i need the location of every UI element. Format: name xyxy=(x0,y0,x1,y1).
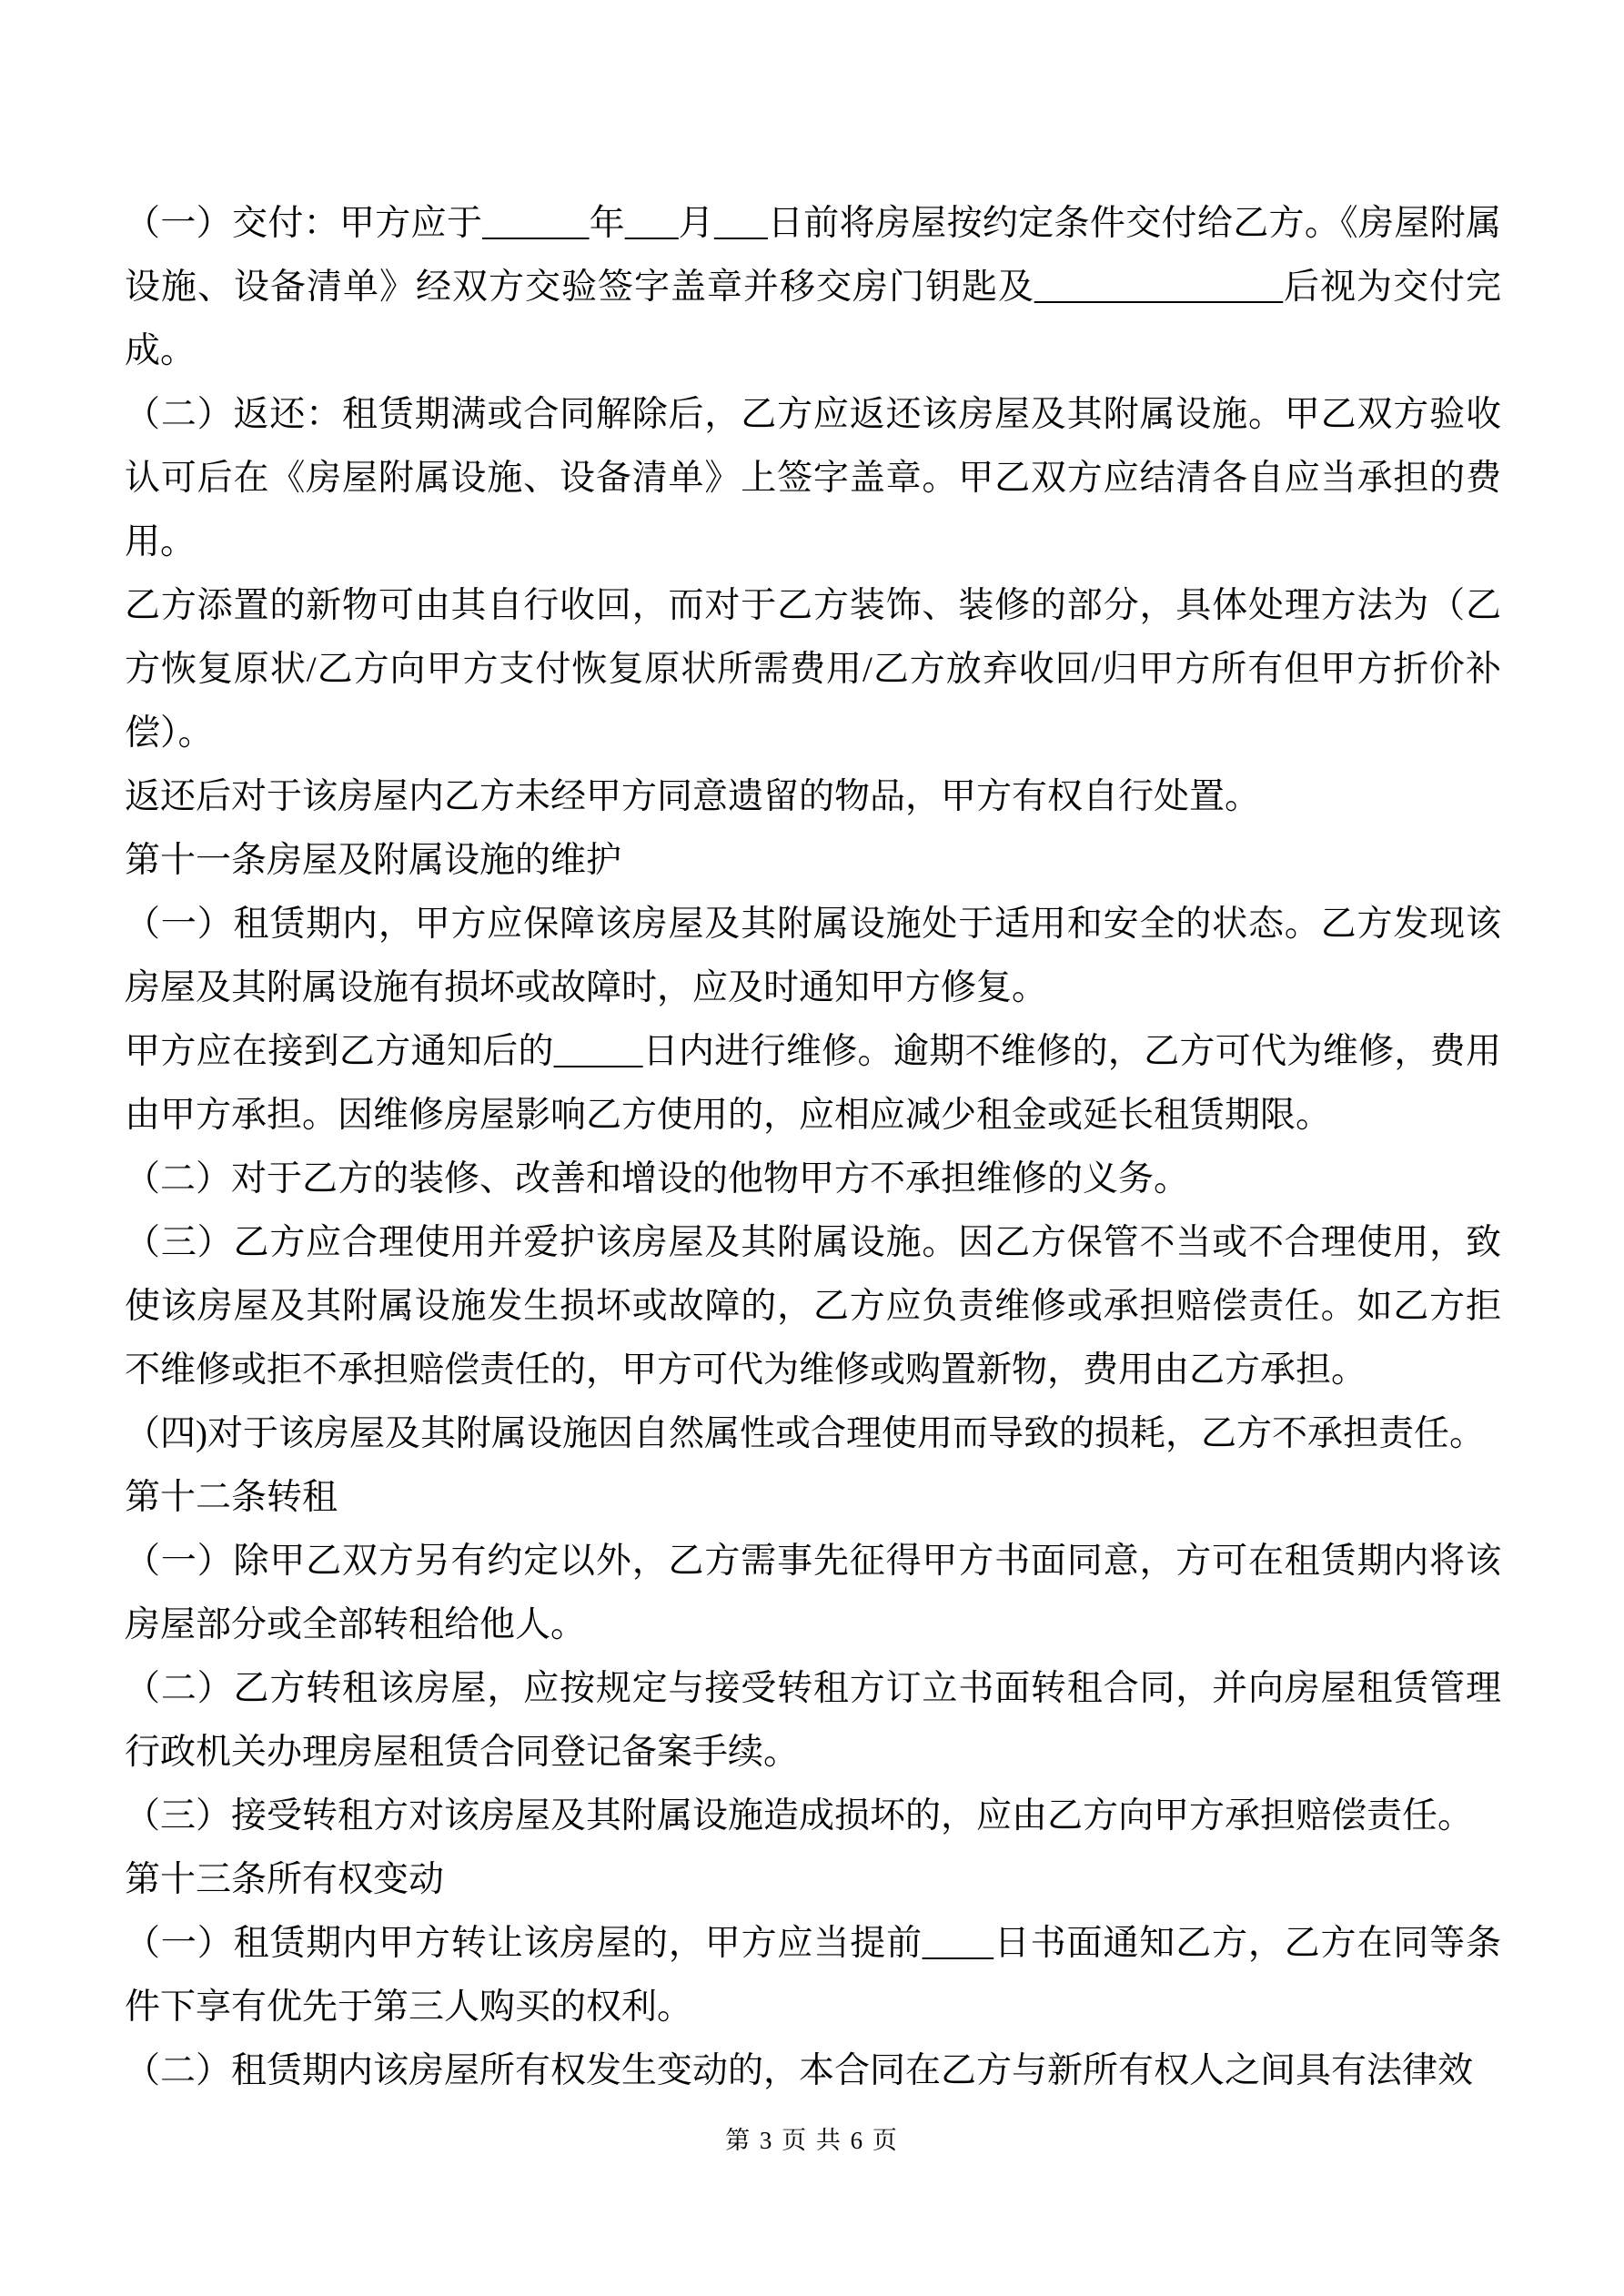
paragraph: 第十二条转租 xyxy=(125,1466,1501,1530)
paragraph: （四)对于该房屋及其附属设施因自然属性或合理使用而导致的损耗，乙方不承担责任。 xyxy=(125,1402,1501,1466)
paragraph: （二）乙方转租该房屋，应按规定与接受转租方订立书面转租合同，并向房屋租赁管理行政… xyxy=(125,1657,1501,1785)
paragraph: （三）接受转租方对该房屋及其附属设施造成损坏的，应由乙方向甲方承担赔偿责任。 xyxy=(125,1785,1501,1848)
page-number-footer: 第 3 页 共 6 页 xyxy=(0,2124,1624,2157)
paragraph: （二）租赁期内该房屋所有权发生变动的，本合同在乙方与新所有权人之间具有法律效 xyxy=(125,2039,1501,2103)
document-body: （一）交付：甲方应于______年___月___日前将房屋按约定条件交付给乙方。… xyxy=(125,192,1501,2103)
paragraph: （二）返还：租赁期满或合同解除后，乙方应返还该房屋及其附属设施。甲乙双方验收认可… xyxy=(125,383,1501,574)
paragraph: （三）乙方应合理使用并爱护该房屋及其附属设施。因乙方保管不当或不合理使用，致使该… xyxy=(125,1211,1501,1402)
paragraph: 第十三条所有权变动 xyxy=(125,1848,1501,1912)
paragraph: （二）对于乙方的装修、改善和增设的他物甲方不承担维修的义务。 xyxy=(125,1148,1501,1211)
paragraph: 第十一条房屋及附属设施的维护 xyxy=(125,829,1501,893)
paragraph: （一）交付：甲方应于______年___月___日前将房屋按约定条件交付给乙方。… xyxy=(125,192,1501,383)
paragraph: 乙方添置的新物可由其自行收回，而对于乙方装饰、装修的部分，具体处理方法为（乙方恢… xyxy=(125,574,1501,765)
paragraph: 返还后对于该房屋内乙方未经甲方同意遗留的物品，甲方有权自行处置。 xyxy=(125,765,1501,829)
contract-page: （一）交付：甲方应于______年___月___日前将房屋按约定条件交付给乙方。… xyxy=(0,0,1624,2296)
paragraph: （一）除甲乙双方另有约定以外，乙方需事先征得甲方书面同意，方可在租赁期内将该房屋… xyxy=(125,1530,1501,1657)
paragraph: 甲方应在接到乙方通知后的_____日内进行维修。逾期不维修的，乙方可代为维修，费… xyxy=(125,1020,1501,1148)
paragraph: （一）租赁期内甲方转让该房屋的，甲方应当提前____日书面通知乙方，乙方在同等条… xyxy=(125,1912,1501,2039)
paragraph: （一）租赁期内，甲方应保障该房屋及其附属设施处于适用和安全的状态。乙方发现该房屋… xyxy=(125,893,1501,1020)
